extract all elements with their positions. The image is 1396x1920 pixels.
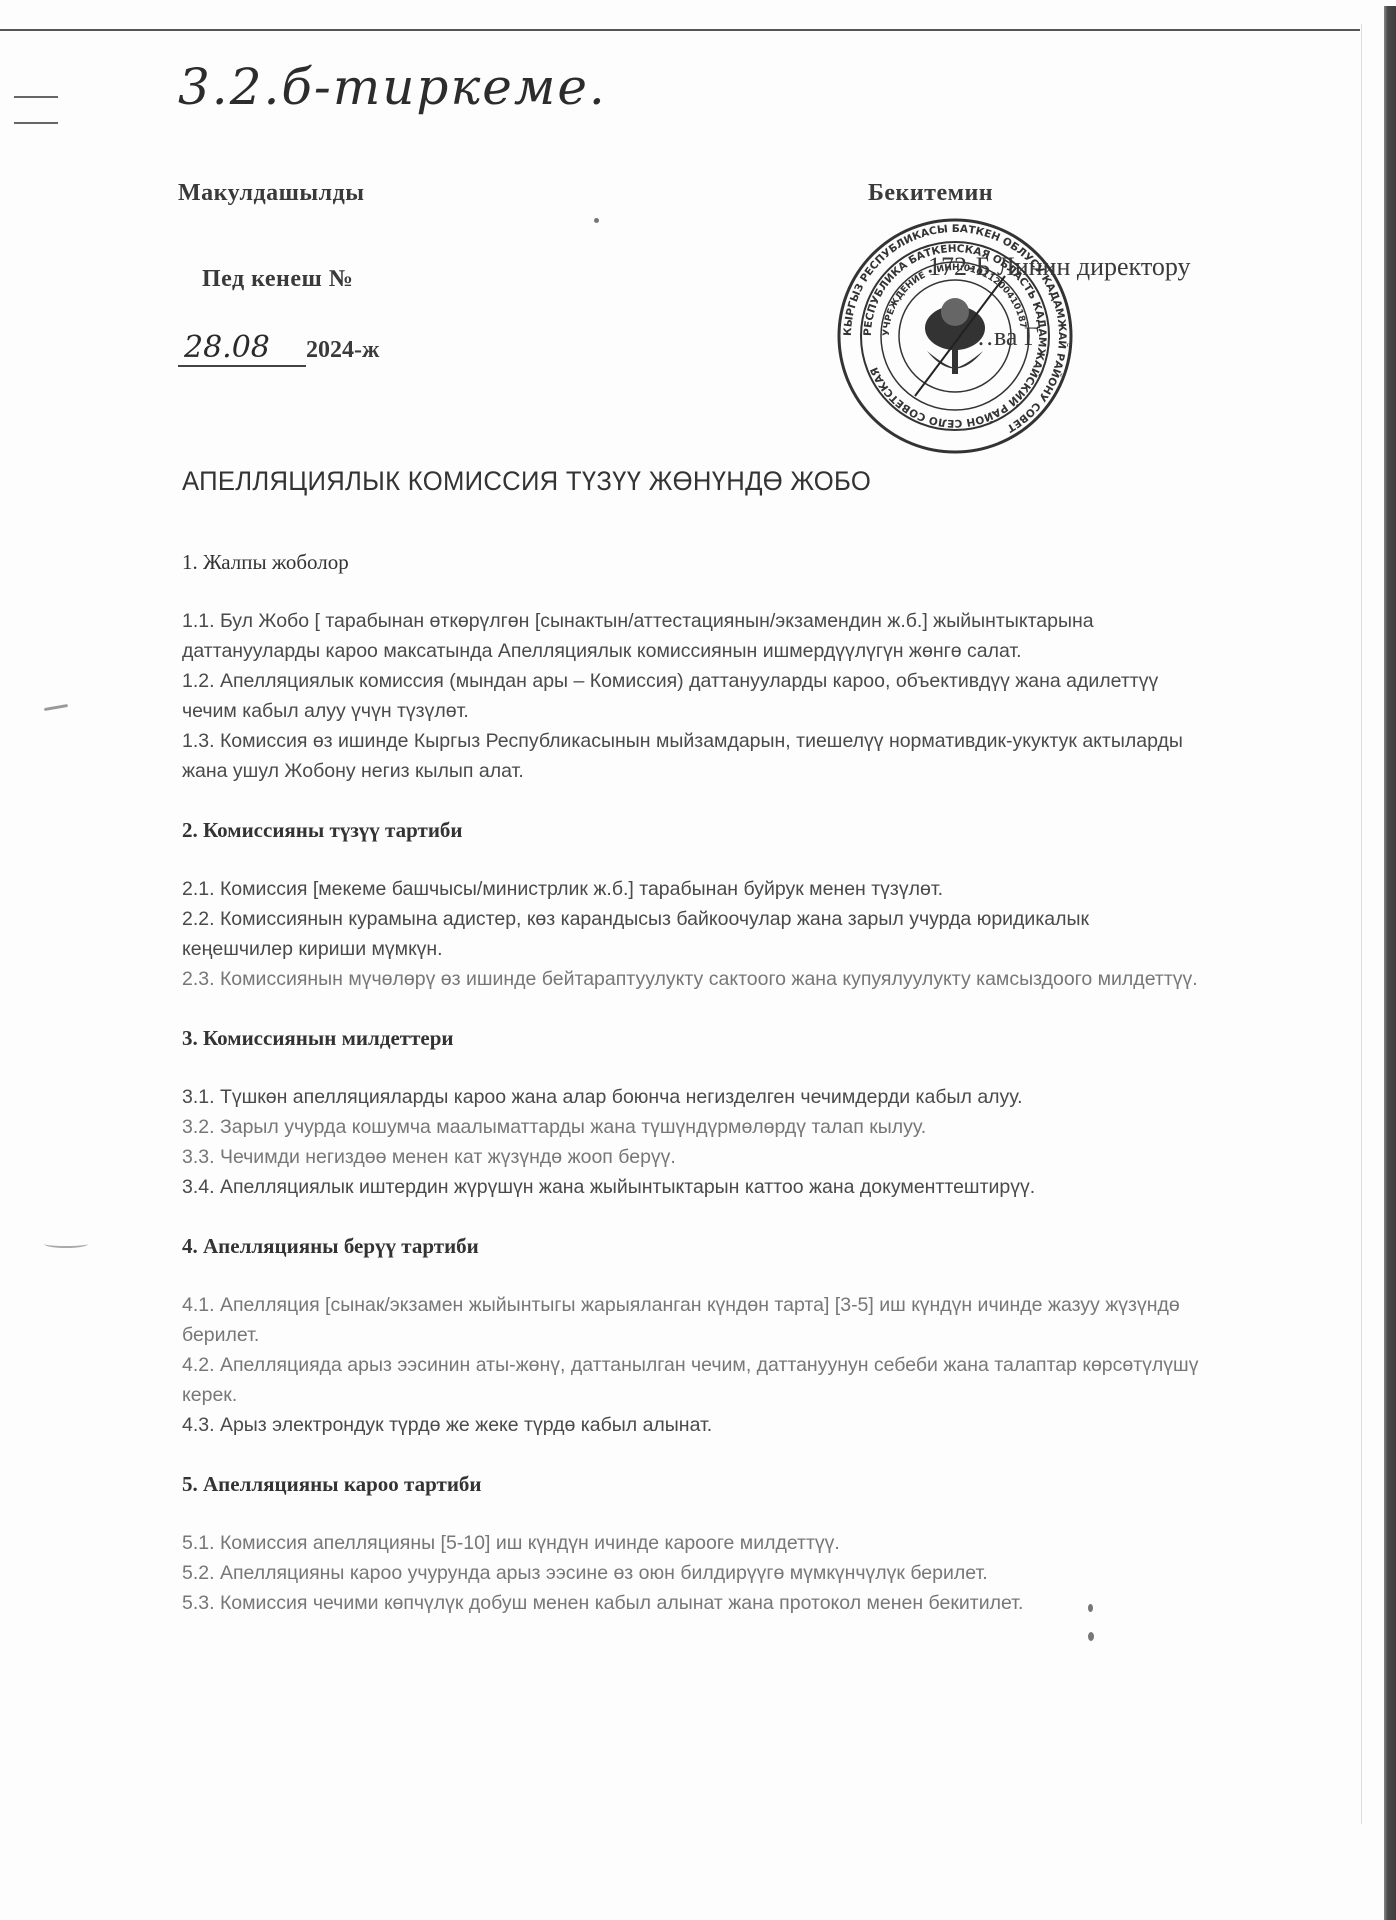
scan-right-shadow [1384, 6, 1396, 1920]
confirm-label: Бекитемин [868, 180, 993, 207]
clause: 3.3. Чечимди негиздөө менен кат жүзүндө … [182, 1142, 1202, 1172]
clause: 5.2. Апелляцияны кароо учурунда арыз ээс… [182, 1558, 1202, 1588]
scan-speck [44, 1240, 88, 1248]
clause: 1.1. Бул Жобо [ тарабынан өткөрүлгөн [сы… [182, 606, 1202, 666]
section-title: 5. Апелляцияны кароо тартиби [182, 1470, 1202, 1498]
clause: 5.1. Комиссия апелляцияны [5-10] иш күнд… [182, 1528, 1202, 1558]
section-title: 4. Апелляцияны берүү тартиби [182, 1232, 1202, 1260]
approved-label: Макулдашылды [178, 180, 365, 207]
scan-speck [1088, 1604, 1093, 1612]
clause: 5.3. Комиссия чечими көпчүлүк добуш мене… [182, 1588, 1202, 1618]
section-title: 1. Жалпы жоболор [182, 548, 1202, 576]
clause: 4.1. Апелляция [сынак/экзамен жыйынтыгы … [182, 1290, 1202, 1350]
document-title: АПЕЛЛЯЦИЯЛЫК КОМИССИЯ ТҮЗҮҮ ЖӨНҮНДӨ ЖОБО [182, 466, 871, 497]
clause: 3.4. Апелляциялык иштердин жүрүшүн жана … [182, 1172, 1202, 1202]
clause: 3.1. Түшкөн апелляцияларды кароо жана ал… [182, 1082, 1202, 1112]
section-review: 5. Апелляцияны кароо тартиби 5.1. Комисс… [182, 1470, 1202, 1618]
clause: 1.2. Апелляциялык комиссия (мындан ары –… [182, 666, 1202, 726]
section-formation: 2. Комиссияны түзүү тартиби 2.1. Комисси… [182, 816, 1202, 994]
council-label: Пед кенеш № [202, 266, 353, 293]
document-body: 1. Жалпы жоболор 1.1. Бул Жобо [ тарабын… [182, 548, 1202, 1648]
clause: 2.2. Комиссиянын курамына адистер, көз к… [182, 904, 1202, 964]
section-general: 1. Жалпы жоболор 1.1. Бул Жобо [ тарабын… [182, 548, 1202, 786]
date-year: 2024-ж [306, 337, 379, 363]
section-title: 2. Комиссияны түзүү тартиби [182, 816, 1202, 844]
handwritten-annotation: 3.2.б-тиркеме. [178, 58, 607, 116]
handwritten-date: 28.08 [178, 330, 306, 367]
clause: 2.3. Комиссиянын мүчөлөрү өз ишинде бейт… [182, 964, 1202, 994]
clause: 2.1. Комиссия [мекеме башчысы/министрлик… [182, 874, 1202, 904]
scan-fold-line [1361, 24, 1362, 1824]
section-duties: 3. Комиссиянын милдеттери 3.1. Түшкөн ап… [182, 1024, 1202, 1202]
clause: 1.3. Комиссия өз ишинде Кыргыз Республик… [182, 726, 1202, 786]
section-title: 3. Комиссиянын милдеттери [182, 1024, 1202, 1052]
approval-date: 28.082024-ж [178, 330, 379, 367]
clause: 4.2. Апелляцияда арыз ээсинин аты-жөнү, … [182, 1350, 1202, 1410]
official-stamp-icon: КЫРГЫЗ РЕСПУБЛИКАСЫ БАТКЕН ОБЛУСУ КАДАМЖ… [835, 216, 1075, 456]
clause: 3.2. Зарыл учурда кошумча маалыматтарды … [182, 1112, 1202, 1142]
scan-speck [1088, 1632, 1094, 1641]
margin-mark [14, 96, 58, 126]
scan-speck [594, 218, 599, 223]
scan-speck [44, 704, 68, 711]
section-submission: 4. Апелляцияны берүү тартиби 4.1. Апелля… [182, 1232, 1202, 1440]
scan-top-edge [0, 29, 1360, 31]
clause: 4.3. Арыз электрондук түрдө же жеке түрд… [182, 1410, 1202, 1440]
